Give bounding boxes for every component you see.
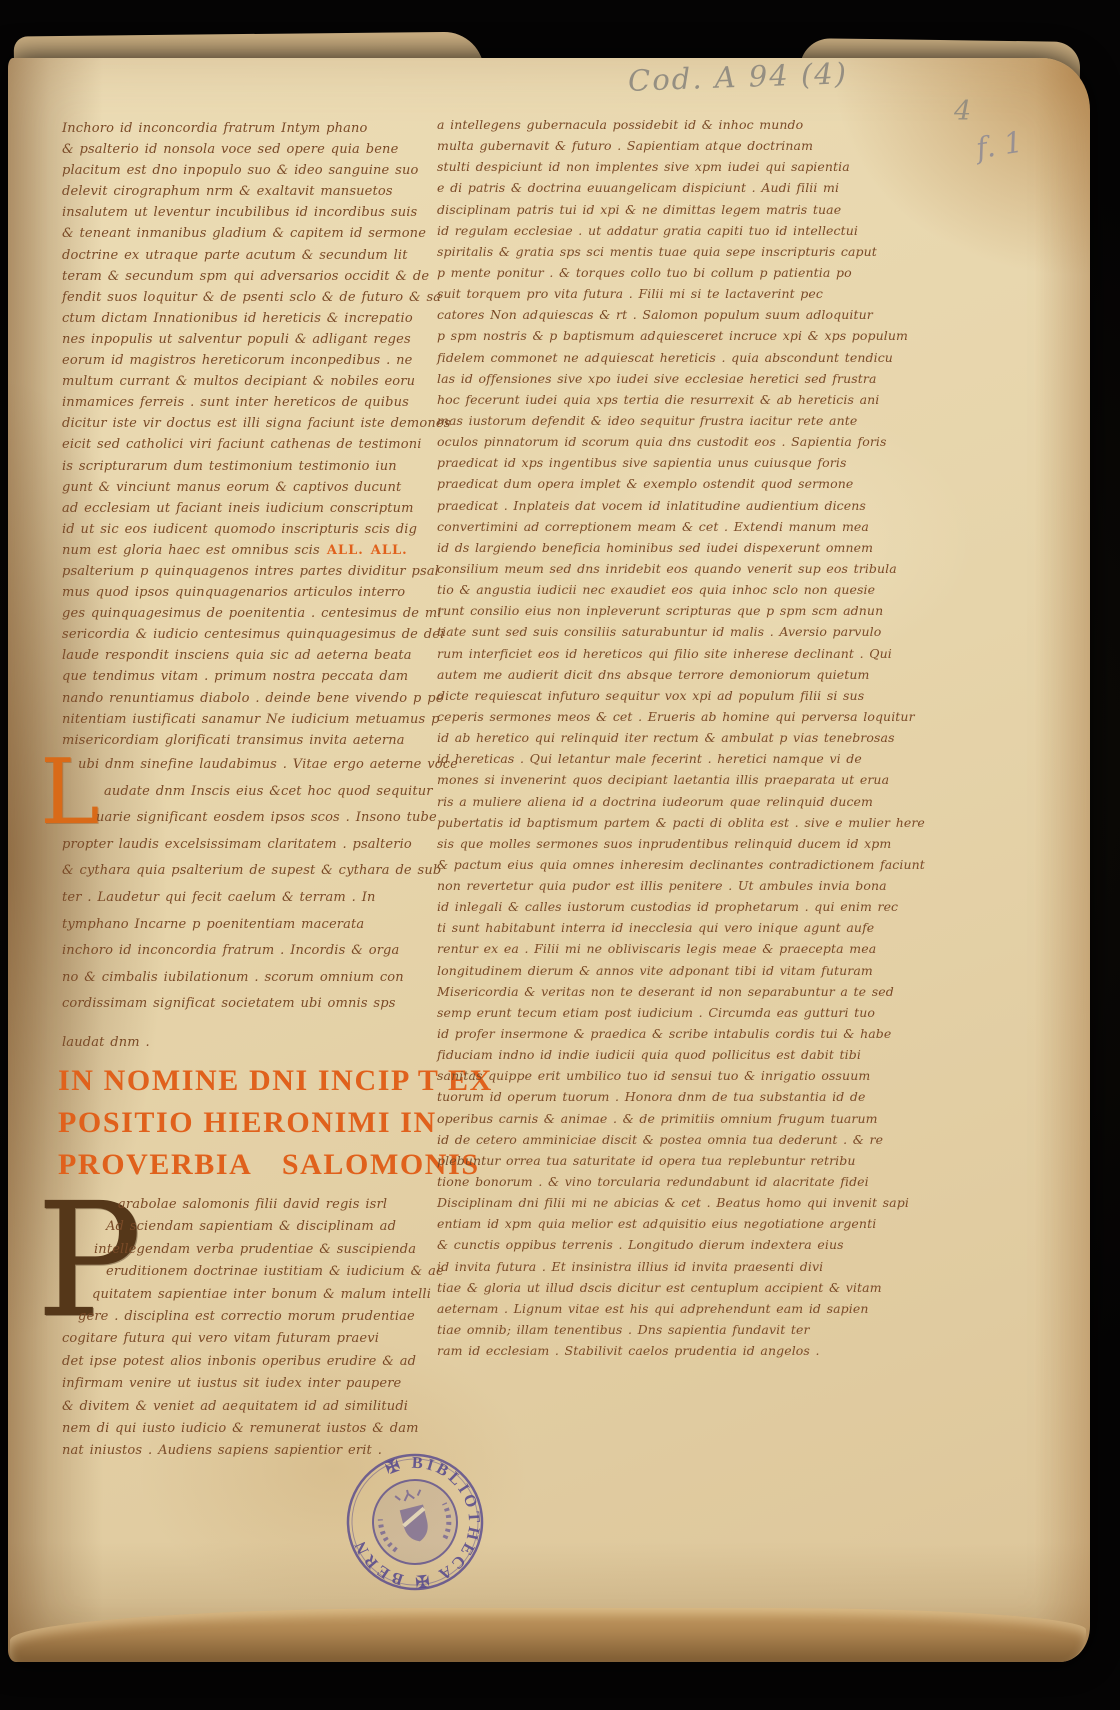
manuscript-line: dicitur iste vir doctus est illi signa f… (62, 413, 414, 434)
manuscript-line: ges quinquagesimus de poenitentia . cent… (62, 603, 414, 624)
manuscript-line: id ab heretico qui relinquid iter rectum… (437, 727, 885, 748)
manuscript-line: spiritalis & gratia sps sci mentis tuae … (437, 241, 885, 262)
manuscript-line: propter laudis excelsissimam claritatem … (62, 832, 414, 859)
left-column-parabolae-block: arabolae salomonis filii david regis isr… (62, 1194, 414, 1463)
manuscript-line: teram & secundum spm qui adversarios occ… (62, 266, 414, 287)
manuscript-line: & teneant inmanibus gladium & capitem id… (62, 223, 414, 244)
manuscript-line: autem me audierit dicit dns absque terro… (437, 664, 885, 685)
manuscript-line: quitatem sapientiae inter bonum & malum … (62, 1284, 414, 1306)
manuscript-line: insalutem ut leventur incubilibus id inc… (62, 202, 414, 223)
manuscript-line: delevit cirographum nrm & exaltavit mans… (62, 181, 414, 202)
manuscript-line: catores Non adquiescas & rt . Salomon po… (437, 304, 885, 325)
manuscript-line: ti sunt habitabunt interra id inecclesia… (437, 917, 885, 938)
manuscript-photo: Cod. A 94 (4) 4 f. 1 Inchoro id inconcor… (0, 0, 1120, 1710)
manuscript-line: cogitare futura qui vero vitam futuram p… (62, 1328, 414, 1350)
manuscript-line: laudat dnm . (62, 1032, 414, 1053)
manuscript-line: tymphano Incarne p poenitentiam macerata (62, 912, 414, 939)
manuscript-line: tuorum id operum tuorum . Honora dnm de … (437, 1086, 885, 1107)
manuscript-line: praedicat id xps ingentibus sive sapient… (437, 452, 885, 473)
manuscript-line: id inlegali & calles iustorum custodias … (437, 896, 885, 917)
manuscript-line: hoc fecerunt iudei quia xps tertia die r… (437, 389, 885, 410)
manuscript-line: praedicat dum opera implet & exemplo ost… (437, 473, 885, 494)
manuscript-line: fiduciam indno id indie iudicii quia quo… (437, 1044, 885, 1065)
manuscript-line: arabolae salomonis filii david regis isr… (62, 1194, 414, 1216)
manuscript-line: operibus carnis & animae . & de primitii… (437, 1108, 885, 1129)
manuscript-line: convertimini ad correptionem meam & cet … (437, 516, 885, 537)
manuscript-line: gere . disciplina est correctio morum pr… (62, 1306, 414, 1328)
manuscript-line: stulti despiciunt id non implentes sive … (437, 156, 885, 177)
manuscript-line: a intellegens gubernacula possidebit id … (437, 114, 885, 135)
manuscript-line: id invita futura . Et insinistra illius … (437, 1256, 885, 1277)
manuscript-line: sis que molles sermones suos inprudentib… (437, 833, 885, 854)
manuscript-line: nes inpopulis ut salventur populi & adli… (62, 329, 414, 350)
manuscript-line: misericordiam glorificati transimus invi… (62, 730, 414, 751)
manuscript-line: & cunctis oppibus terrenis . Longitudo d… (437, 1234, 885, 1255)
manuscript-line: fidelem commonet ne adquiescat hereticis… (437, 347, 885, 368)
manuscript-line: multa gubernavit & futuro . Sapientiam a… (437, 135, 885, 156)
manuscript-line: suit torquem pro vita futura . Filii mi … (437, 283, 885, 304)
manuscript-line: tiate sunt sed suis consiliis saturabunt… (437, 621, 885, 642)
manuscript-line: laude respondit insciens quia sic ad aet… (62, 645, 414, 666)
manuscript-line: & pactum eius quia omnes inheresim decli… (437, 854, 885, 875)
manuscript-line: aeternam . Lignum vitae est his qui adpr… (437, 1298, 885, 1319)
manuscript-line: runt consilio eius non inpleverunt scrip… (437, 600, 885, 621)
manuscript-line: semp erunt tecum etiam post iudicium . C… (437, 1002, 885, 1023)
manuscript-line: inmamices ferreis . sunt inter hereticos… (62, 392, 414, 413)
rubric-line: POSITIO HIERONIMI IN (58, 1102, 418, 1144)
library-stamp: ✠ BIBLIOTHECA ✠ BERNENSIS (330, 1437, 500, 1607)
manuscript-line: ram id ecclesiam . Stabilivit caelos pru… (437, 1340, 885, 1361)
manuscript-line: num est gloria haec est omnibus scis ALL… (62, 540, 414, 561)
manuscript-line: id ut sic eos iudicent quomodo inscriptu… (62, 519, 414, 540)
manuscript-line: las id offensiones sive xpo iudei sive e… (437, 368, 885, 389)
right-column-commentary: a intellegens gubernacula possidebit id … (437, 114, 885, 1361)
manuscript-line: psalterium p quinquagenos intres partes … (62, 561, 414, 582)
manuscript-line: tione bonorum . & vino torcularia redund… (437, 1171, 885, 1192)
manuscript-line: p spm nostris & p baptismum adquiesceret… (437, 325, 885, 346)
rubric-heading: IN NOMINE DNI INCIP T EXPOSITIO HIERONIM… (58, 1060, 418, 1186)
manuscript-line: mas iustorum defendit & ideo sequitur fr… (437, 410, 885, 431)
alleluia-rubric: ALL. ALL. (320, 543, 408, 558)
manuscript-line: ad ecclesiam ut faciant ineis iudicium c… (62, 498, 414, 519)
manuscript-line: & psalterio id nonsola voce sed opere qu… (62, 139, 414, 160)
manuscript-line: Disciplinam dni filii mi ne abicias & ce… (437, 1192, 885, 1213)
manuscript-line: placitum est dno inpopulo suo & ideo san… (62, 160, 414, 181)
manuscript-line: eicit sed catholici viri faciunt cathena… (62, 434, 414, 455)
manuscript-line: sanitas quippe erit umbilico tuo id sens… (437, 1065, 885, 1086)
manuscript-line: dicte requiescat infuturo sequitur vox x… (437, 685, 885, 706)
left-column-laudate-block: ubi dnm sinefine laudabimus . Vitae ergo… (62, 752, 414, 1018)
manuscript-line: cordissimam significat societatem ubi om… (62, 991, 414, 1018)
manuscript-line: ris a muliere aliena id a doctrina iudeo… (437, 791, 885, 812)
left-column-closing-line: laudat dnm . (62, 1032, 414, 1053)
manuscript-line: gunt & vinciunt manus eorum & captivos d… (62, 477, 414, 498)
manuscript-line: audate dnm Inscis eius &cet hoc quod seq… (62, 779, 414, 806)
manuscript-line: inchoro id inconcordia fratrum . Incordi… (62, 938, 414, 965)
manuscript-line: consilium meum sed dns inridebit eos qua… (437, 558, 885, 579)
manuscript-line: eorum id magistros hereticorum inconpedi… (62, 350, 414, 371)
manuscript-line: ceperis sermones meos & cet . Erueris ab… (437, 706, 885, 727)
manuscript-line: id ds largiendo beneficia hominibus sed … (437, 537, 885, 558)
manuscript-line: mus quod ipsos quinquagenarios articulos… (62, 582, 414, 603)
manuscript-line: fendit suos loquitur & de psenti sclo & … (62, 287, 414, 308)
manuscript-line: tio & angustia iudicii nec exaudiet eos … (437, 579, 885, 600)
rubric-line: IN NOMINE DNI INCIP T EX (58, 1060, 418, 1102)
manuscript-line: multum currant & multos decipiant & nobi… (62, 371, 414, 392)
manuscript-line: ter . Laudetur qui fecit caelum & terram… (62, 885, 414, 912)
manuscript-line: id de cetero amminiciae discit & postea … (437, 1129, 885, 1150)
manuscript-line: longitudinem dierum & annos vite adponan… (437, 960, 885, 981)
manuscript-line: Misericordia & veritas non te deserant i… (437, 981, 885, 1002)
manuscript-line: sericordia & iudicio centesimus quinquag… (62, 624, 414, 645)
manuscript-line: id regulam ecclesiae . ut addatur gratia… (437, 220, 885, 241)
manuscript-line: non revertetur quia pudor est illis peni… (437, 875, 885, 896)
manuscript-line: is scripturarum dum testimonium testimon… (62, 456, 414, 477)
manuscript-line: & cythara quia psalterium de supest & cy… (62, 858, 414, 885)
manuscript-line: & divitem & veniet ad aequitatem id ad s… (62, 1396, 414, 1418)
manuscript-line: det ipse potest alios inbonis operibus e… (62, 1351, 414, 1373)
book-block-bottom-edge (10, 1608, 1086, 1662)
manuscript-line: Ad sciendam sapientiam & disciplinam ad (62, 1216, 414, 1238)
manuscript-line: plebuntur orrea tua saturitate id opera … (437, 1150, 885, 1171)
manuscript-line: p mente ponitur . & torques collo tuo bi… (437, 262, 885, 283)
manuscript-line: tiae & gloria ut illud dscis dicitur est… (437, 1277, 885, 1298)
manuscript-line: e di patris & doctrina euuangelicam disp… (437, 177, 885, 198)
manuscript-line: uarie significant eosdem ipsos scos . In… (62, 805, 414, 832)
manuscript-line: que tendimus vitam . primum nostra pecca… (62, 666, 414, 687)
manuscript-line: pubertatis id baptismum partem & pacti d… (437, 812, 885, 833)
manuscript-line: ubi dnm sinefine laudabimus . Vitae ergo… (62, 752, 414, 779)
manuscript-line: oculos pinnatorum id scorum quia dns cus… (437, 431, 885, 452)
manuscript-line: rum interficiet eos id hereticos qui fil… (437, 643, 885, 664)
manuscript-line: eruditionem doctrinae iustitiam & iudici… (62, 1261, 414, 1283)
manuscript-line: no & cimbalis iubilationum . scorum omni… (62, 965, 414, 992)
manuscript-line: intellegendam verba prudentiae & suscipi… (62, 1239, 414, 1261)
manuscript-line: disciplinam patris tui id xpi & ne dimit… (437, 199, 885, 220)
manuscript-line: entiam id xpm quia melior est adquisitio… (437, 1213, 885, 1234)
left-column-commentary-block: Inchoro id inconcordia fratrum Intym pha… (62, 118, 414, 751)
manuscript-line: praedicat . Inplateis dat vocem id inlat… (437, 495, 885, 516)
manuscript-line: doctrine ex utraque parte acutum & secun… (62, 245, 414, 266)
manuscript-line: ctum dictam Innationibus id hereticis & … (62, 308, 414, 329)
manuscript-line: id hereticas . Qui letantur male fecerin… (437, 748, 885, 769)
manuscript-line: tiae omnib; illam tenentibus . Dns sapie… (437, 1319, 885, 1340)
manuscript-line: id profer insermone & praedica & scribe … (437, 1023, 885, 1044)
manuscript-line: rentur ex ea . Filii mi ne obliviscaris … (437, 938, 885, 959)
manuscript-line: mones si invenerint quos decipiant laeta… (437, 769, 885, 790)
page-number-annotation: 4 (954, 96, 971, 127)
manuscript-line: Inchoro id inconcordia fratrum Intym pha… (62, 118, 414, 139)
folio-annotation: f. 1 (974, 125, 1025, 166)
manuscript-line: infirmam venire ut iustus sit iudex inte… (62, 1373, 414, 1395)
manuscript-line: nando renuntiamus diabolo . deinde bene … (62, 688, 414, 709)
manuscript-line: nitentiam iustificati sanamur Ne iudiciu… (62, 709, 414, 730)
